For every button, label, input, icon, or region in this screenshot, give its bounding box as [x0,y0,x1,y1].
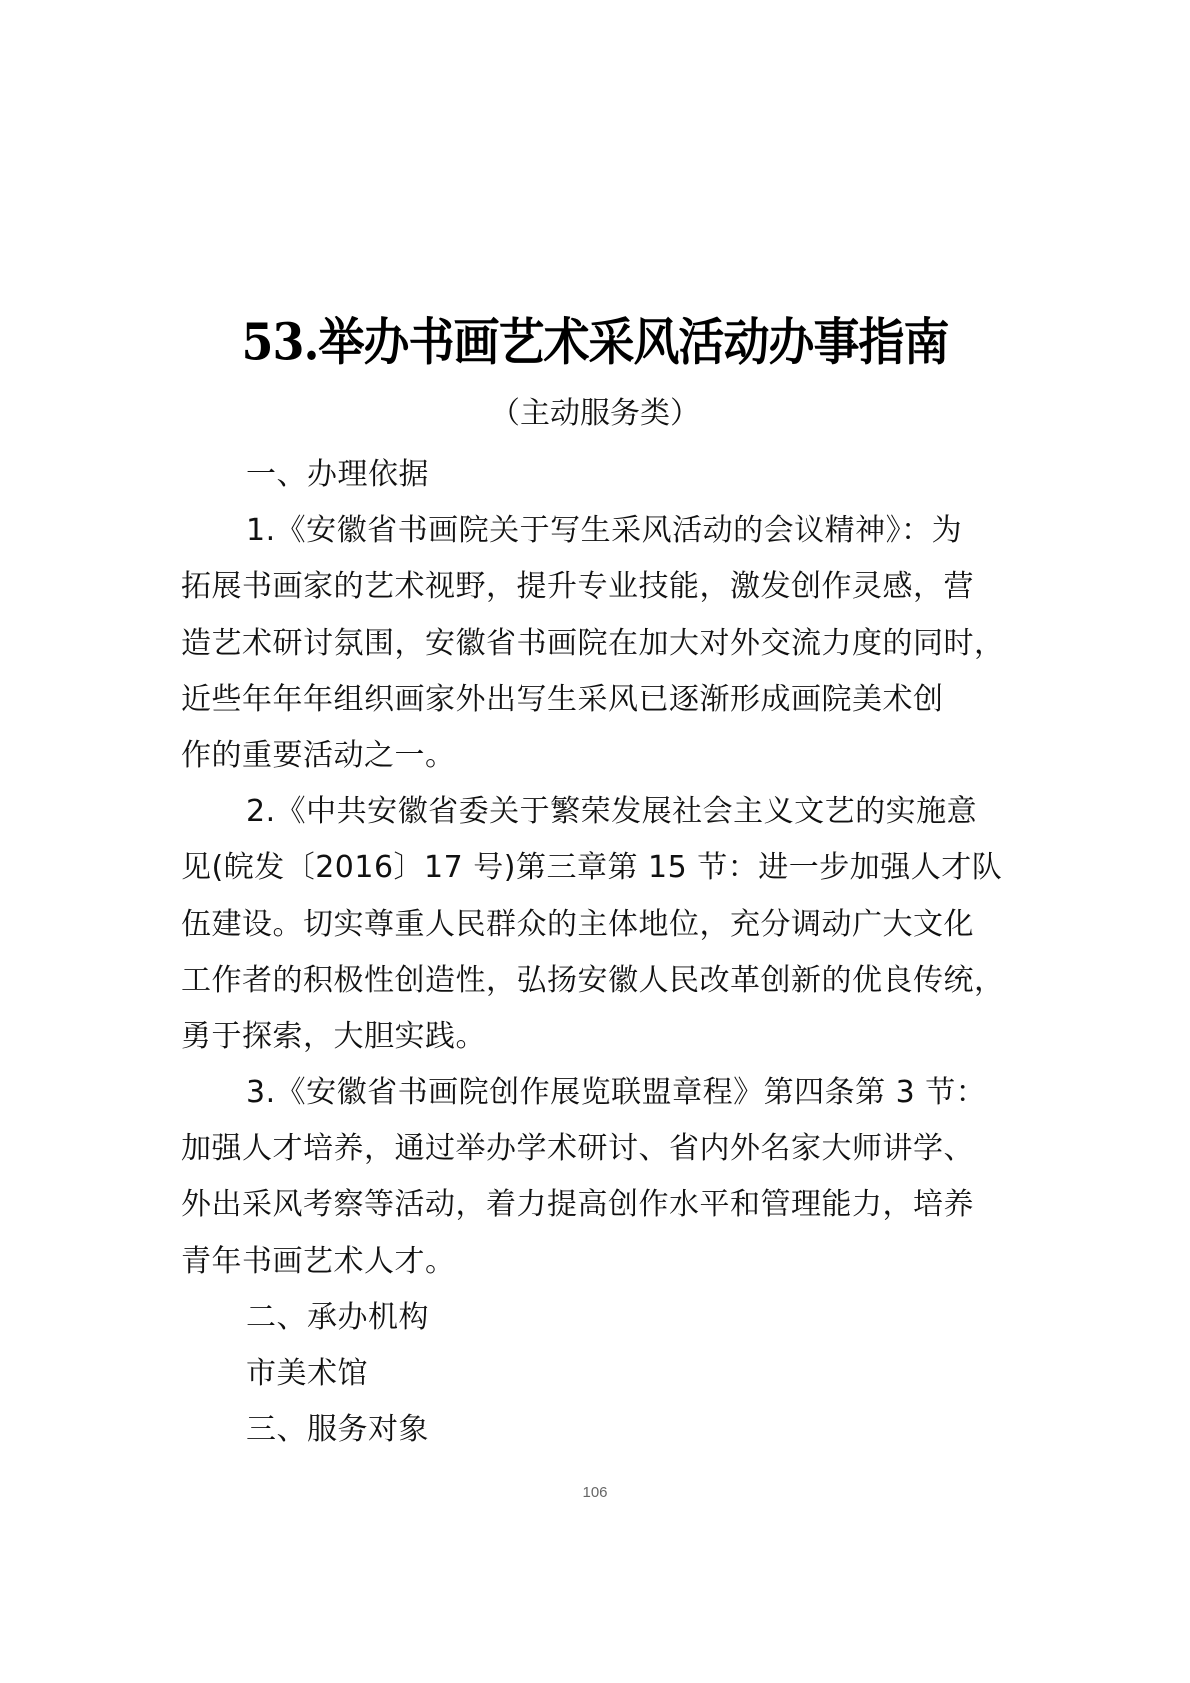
paragraph-line: 近些年年年组织画家外出写生采风已逐渐形成画院美术创 [181,672,1041,728]
paragraph-line: 见(皖发〔2016〕17 号)第三章第 15 节：进一步加强人才队 [181,840,1041,896]
document-body: 一、办理依据 1.《安徽省书画院关于写生采风活动的会议精神》：为 拓展书画家的艺… [181,447,1041,1458]
section-heading-organizer: 二、承办机构 [181,1290,1041,1346]
page-number: 106 [0,1484,1190,1501]
paragraph-line: 青年书画艺术人才。 [181,1234,1041,1290]
page-subtitle: （主动服务类） [0,392,1190,436]
paragraph-line: 加强人才培养，通过举办学术研讨、省内外名家大师讲学、 [181,1121,1041,1177]
organizer-name: 市美术馆 [181,1346,1041,1402]
section-heading-service-target: 三、服务对象 [181,1402,1041,1458]
paragraph-line: 勇于探索，大胆实践。 [181,1009,1041,1065]
paragraph-line: 拓展书画家的艺术视野，提升专业技能，激发创作灵感，营 [181,559,1041,615]
document-page: 53.举办书画艺术采风活动办事指南 （主动服务类） 一、办理依据 1.《安徽省书… [0,0,1190,1683]
paragraph-line: 1.《安徽省书画院关于写生采风活动的会议精神》：为 [181,503,1041,559]
paragraph-line: 外出采风考察等活动，着力提高创作水平和管理能力，培养 [181,1177,1041,1233]
section-heading-basis: 一、办理依据 [181,447,1041,503]
paragraph-line: 工作者的积极性创造性，弘扬安徽人民改革创新的优良传统， [181,953,1041,1009]
page-title: 53.举办书画艺术采风活动办事指南 [0,309,1190,375]
paragraph-line: 伍建设。切实尊重人民群众的主体地位，充分调动广大文化 [181,897,1041,953]
paragraph-line: 造艺术研讨氛围，安徽省书画院在加大对外交流力度的同时， [181,616,1041,672]
paragraph-line: 3.《安徽省书画院创作展览联盟章程》第四条第 3 节： [181,1065,1041,1121]
paragraph-line: 作的重要活动之一。 [181,728,1041,784]
paragraph-line: 2.《中共安徽省委关于繁荣发展社会主义文艺的实施意 [181,784,1041,840]
